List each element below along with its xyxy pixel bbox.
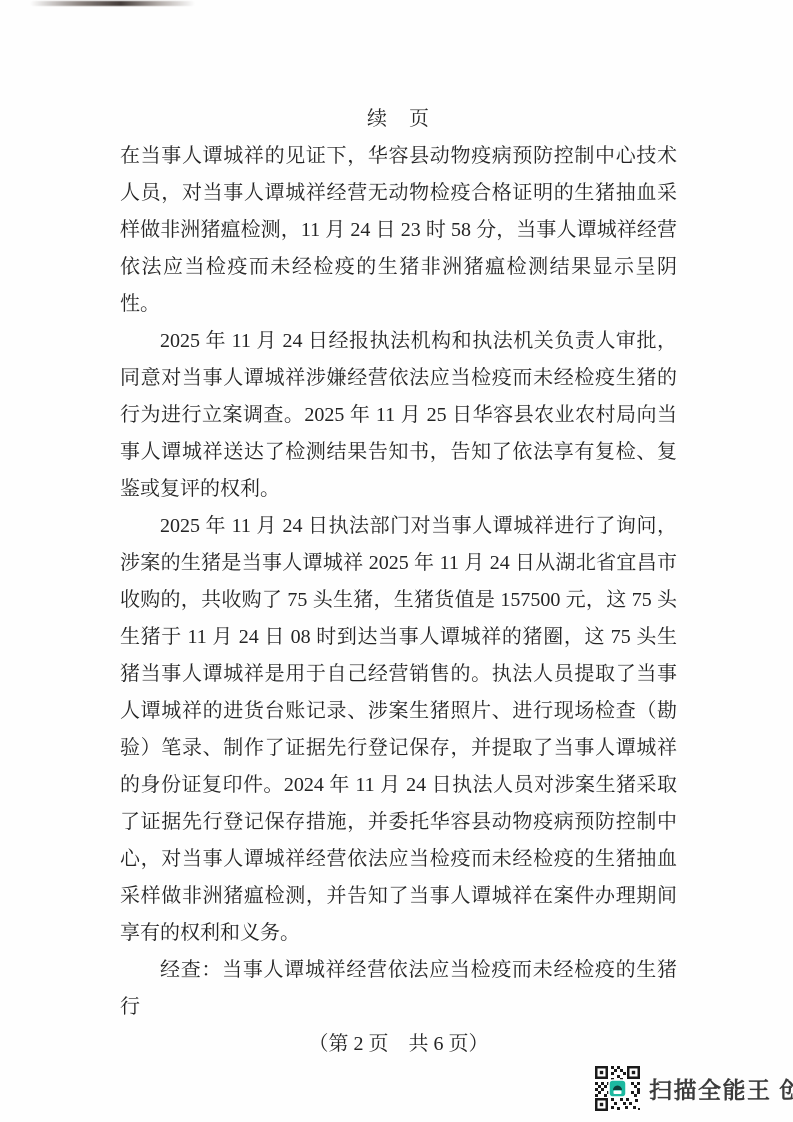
page-title: 续 页 <box>120 101 677 138</box>
camscanner-watermark-text: 扫描全能王 创建 <box>649 1072 793 1105</box>
page-number: （第 2 页 共 6 页） <box>120 1026 677 1063</box>
document-body: 续 页 在当事人谭城祥的见证下，华容县动物疫病预防控制中心技术人员，对当事人谭城… <box>120 101 677 1063</box>
scan-artifact-line <box>30 1 195 6</box>
scanned-document-page: 续 页 在当事人谭城祥的见证下，华容县动物疫病预防控制中心技术人员，对当事人谭城… <box>0 0 793 1122</box>
paragraph-inquiry-evidence: 2025 年 11 月 24 日执法部门对当事人谭城祥进行了询问，涉案的生猪是当… <box>120 508 677 952</box>
paragraph-findings-start: 经查：当事人谭城祥经营依法应当检疫而未经检疫的生猪行 <box>120 952 677 1026</box>
paragraph-case-filing: 2025 年 11 月 24 日经报执法机构和执法机关负责人审批，同意对当事人谭… <box>120 323 677 508</box>
camscanner-watermark: 扫描全能王 创建 <box>595 1066 793 1111</box>
paragraph-test-result: 在当事人谭城祥的见证下，华容县动物疫病预防控制中心技术人员，对当事人谭城祥经营无… <box>120 138 677 323</box>
qr-code-icon <box>595 1066 640 1111</box>
